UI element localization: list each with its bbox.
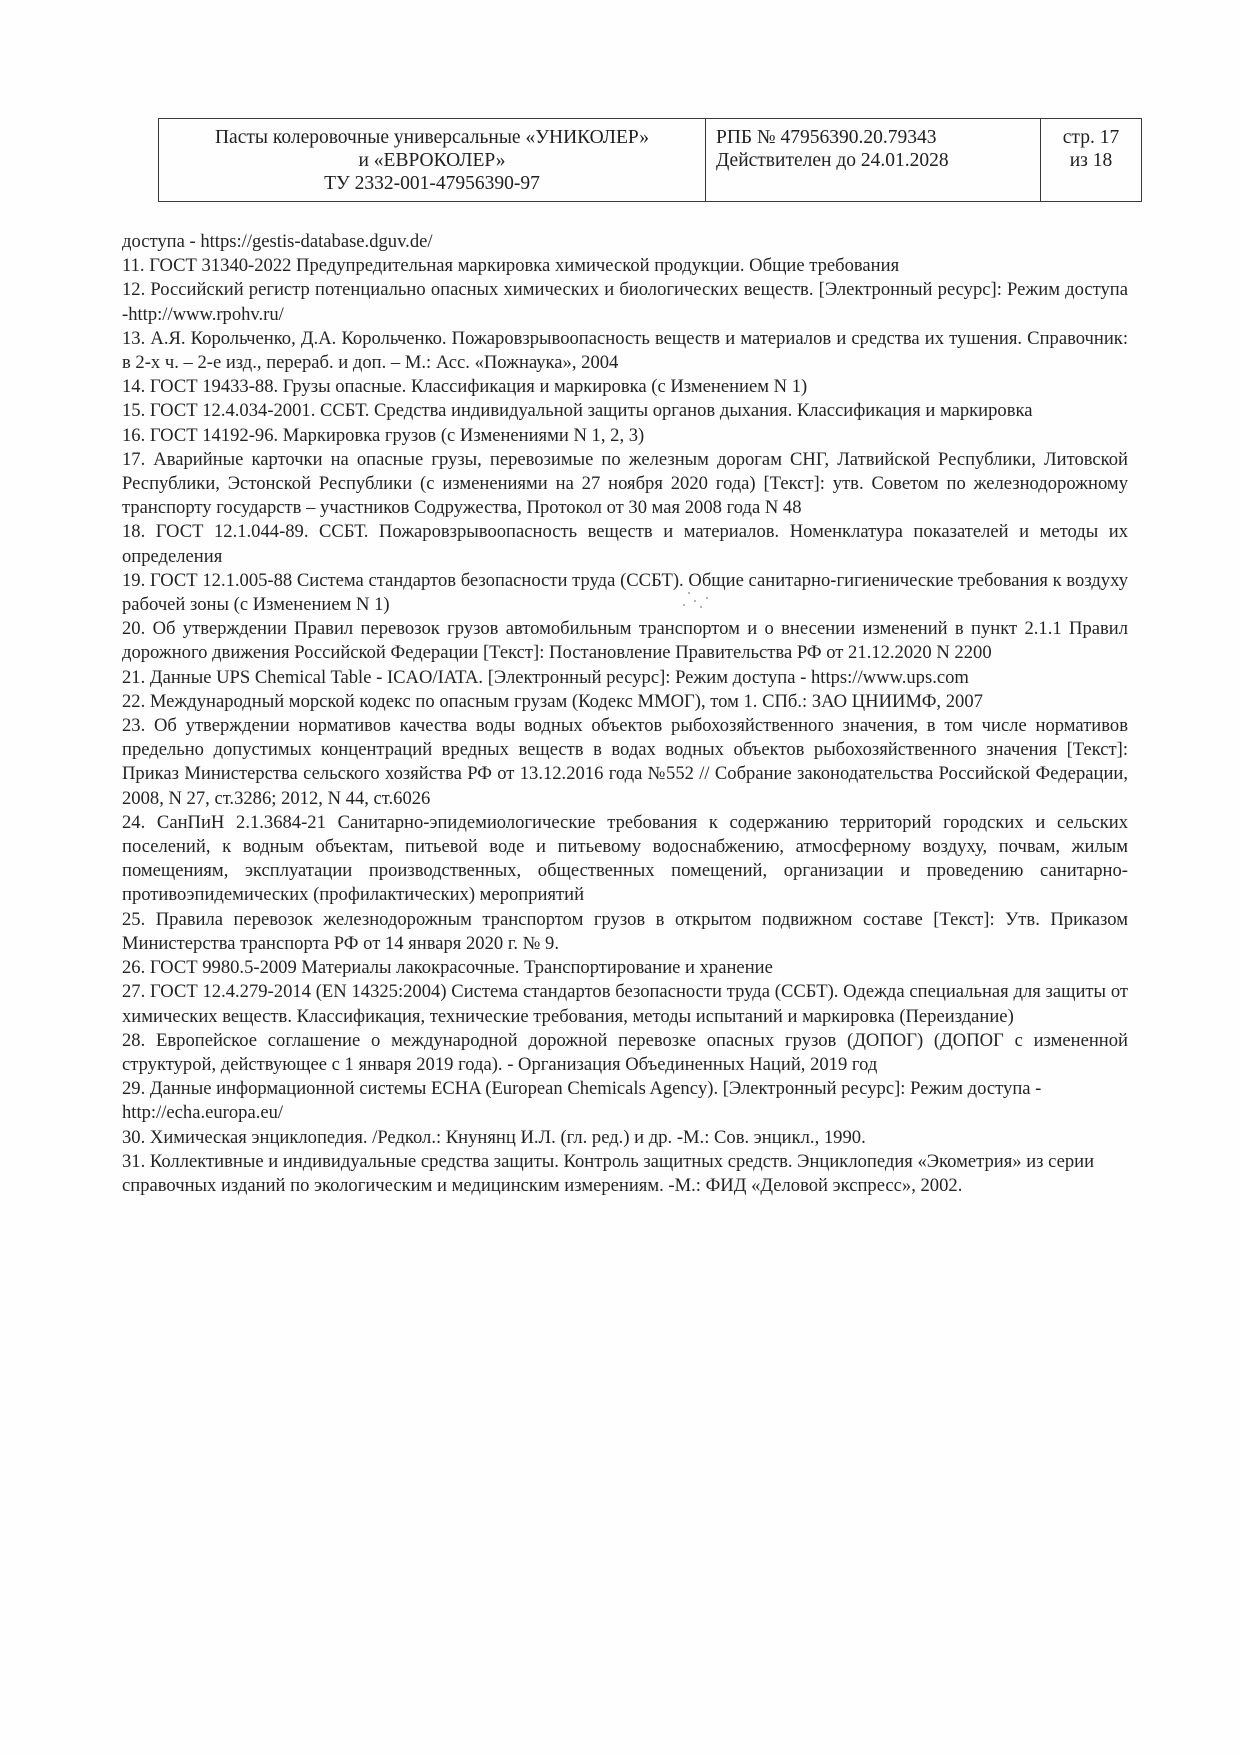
reference-item: 31. Коллективные и индивидуальные средст… [122,1150,1128,1198]
header-registration-cell: РПБ № 47956390.20.79343 Действителен до … [706,119,1041,202]
scan-artifact [706,597,708,599]
reference-item: 14. ГОСТ 19433-88. Грузы опасные. Класси… [122,375,1128,399]
reference-item: доступа - https://gestis-database.dguv.d… [122,230,1128,254]
references-list: доступа - https://gestis-database.dguv.d… [122,230,1128,1198]
reference-item: 29. Данные информационной системы ECHA (… [122,1077,1128,1125]
reference-item: 27. ГОСТ 12.4.279-2014 (EN 14325:2004) С… [122,980,1128,1028]
reference-item: 13. А.Я. Корольченко, Д.А. Корольченко. … [122,327,1128,375]
header-product-name-cont: и «ЕВРОКОЛЕР» [165,149,699,172]
reference-item: 11. ГОСТ 31340-2022 Предупредительная ма… [122,254,1128,278]
reference-item: 30. Химическая энциклопедия. /Редкол.: К… [122,1126,1128,1150]
reference-item: 15. ГОСТ 12.4.034-2001. ССБТ. Средства и… [122,399,1128,423]
header-spec-number: ТУ 2332-001-47956390-97 [165,172,699,195]
reference-item: 25. Правила перевозок железнодорожным тр… [122,908,1128,956]
reference-item: 18. ГОСТ 12.1.044-89. ССБТ. Пожаровзрыво… [122,520,1128,568]
scan-artifact [688,592,690,594]
header-page-total: из 18 [1047,149,1135,172]
header-product-name: Пасты колеровочные универсальные «УНИКОЛ… [165,126,699,149]
scan-artifact [700,606,702,608]
header-valid-until: Действителен до 24.01.2028 [716,149,1034,172]
reference-item: 23. Об утверждении нормативов качества в… [122,714,1128,811]
header-page-number: стр. 17 [1047,126,1135,149]
reference-item: 16. ГОСТ 14192-96. Маркировка грузов (с … [122,424,1128,448]
reference-item: 12. Российский регистр потенциально опас… [122,278,1128,326]
reference-item: 19. ГОСТ 12.1.005-88 Система стандартов … [122,569,1128,617]
reference-item: 24. СанПиН 2.1.3684-21 Санитарно-эпидеми… [122,811,1128,908]
document-header-table: Пасты колеровочные универсальные «УНИКОЛ… [158,118,1142,202]
reference-item: 26. ГОСТ 9980.5-2009 Материалы лакокрасо… [122,956,1128,980]
scan-artifact [694,600,696,602]
reference-item: 20. Об утверждении Правил перевозок груз… [122,617,1128,665]
header-registration-number: РПБ № 47956390.20.79343 [716,126,1034,149]
reference-item: 28. Европейское соглашение о международн… [122,1029,1128,1077]
reference-item: 22. Международный морской кодекс по опас… [122,690,1128,714]
reference-item: 17. Аварийные карточки на опасные грузы,… [122,448,1128,521]
reference-item: 21. Данные UPS Chemical Table - ICAO/IAT… [122,666,1128,690]
scan-artifact [683,604,685,606]
header-product-cell: Пасты колеровочные универсальные «УНИКОЛ… [159,119,706,202]
header-page-cell: стр. 17 из 18 [1041,119,1142,202]
document-page: Пасты колеровочные универсальные «УНИКОЛ… [0,0,1240,1755]
